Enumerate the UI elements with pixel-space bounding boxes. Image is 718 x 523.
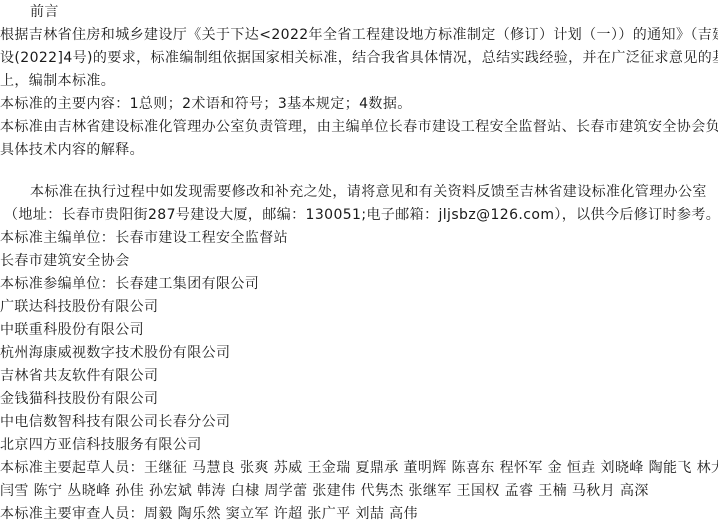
participating-unit: 中联重科股份有限公司 [0, 319, 144, 342]
drafters-line-1: 本标准主要起草人员：王继征 马慧良 张爽 苏威 王金瑞 夏鼎承 董明辉 陈喜东 … [0, 457, 718, 480]
participating-unit: 金钱猫科技股份有限公司 [0, 388, 158, 411]
participating-line: 本标准参编单位：长春建工集团有限公司 [0, 273, 259, 296]
intro-line-1: 根据吉林省住房和城乡建设厅《关于下达<2022年全省工程建设地方标准制定（修订）… [0, 24, 718, 47]
intro-line-2: 设(2022]4号)的要求，标准编制组依据国家相关标准，结合我省具体情况，总结实… [0, 47, 718, 70]
participating-unit: 北京四方亚信科技服务有限公司 [0, 434, 202, 457]
participating-unit: 中电信数智科技有限公司长春分公司 [0, 411, 230, 434]
preface-heading: 前言 [30, 1, 59, 24]
intro-line-3: 上，编制本标准。 [0, 70, 115, 93]
chief-editor-second: 长春市建筑安全协会 [0, 250, 130, 273]
management-line-2: 具体技术内容的解释。 [0, 139, 144, 162]
chief-editor-line: 本标准主编单位：长春市建设工程安全监督站 [0, 227, 288, 250]
participating-unit: 吉林省共友软件有限公司 [0, 365, 158, 388]
participating-unit: 广联达科技股份有限公司 [0, 296, 158, 319]
management-line-1: 本标准由吉林省建设标准化管理办公室负责管理，由主编单位长春市建设工程安全监督站、… [0, 116, 718, 139]
contents-line: 本标准的主要内容：1总则；2术语和符号；3基本规定；4数据。 [0, 93, 412, 116]
drafters-line-2: 闫雪 陈宁 丛晓峰 孙佳 孙宏斌 韩涛 白棣 周学蕾 张建伟 代隽杰 张继军 王… [0, 480, 649, 503]
feedback-line-2: （地址：长春市贵阳街287号建设大厦，邮编：130051;电子邮箱：jljsbz… [4, 204, 718, 227]
reviewers-line: 本标准主要审查人员：周毅 陶乐然 窦立军 许超 张广平 刘喆 高伟 [0, 503, 418, 523]
feedback-line-1: 本标准在执行过程中如发现需要修改和补充之处，请将意见和有关资料反馈至吉林省建设标… [30, 181, 707, 204]
participating-unit: 杭州海康威视数字技术股份有限公司 [0, 342, 230, 365]
